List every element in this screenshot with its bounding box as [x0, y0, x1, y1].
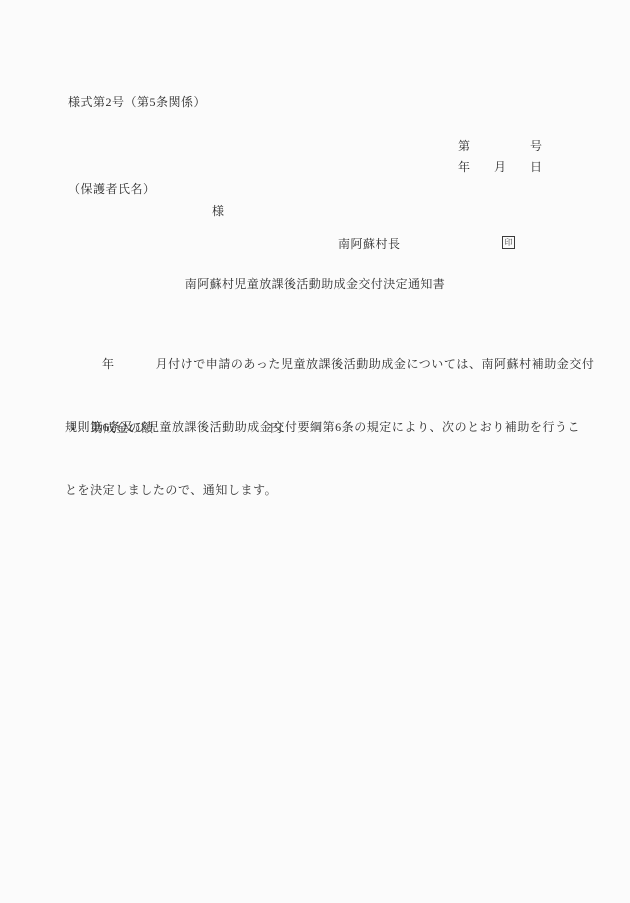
document-title: 南阿蘇村児童放課後活動助成金交付決定通知書	[0, 275, 630, 292]
guardian-name-label: （保護者氏名）	[68, 180, 156, 197]
body-line-1-text: 月付けで申請のあった児童放課後活動助成金については、南阿蘇村補助金交付	[156, 357, 595, 371]
seal-placeholder-icon: 印	[502, 236, 515, 249]
sender-title: 南阿蘇村長	[338, 235, 401, 252]
form-number-label: 様式第2号（第5条関係）	[68, 93, 206, 110]
doc-number-line: 第 号	[458, 137, 542, 154]
body-line-3: とを決定しましたので、通知します。	[65, 480, 573, 501]
document-page: 様式第2号（第5条関係） 第 号 年 月 日 （保護者氏名） 様 南阿蘇村長 印…	[0, 0, 630, 903]
item-1-number: 1	[70, 419, 76, 434]
body-year-label: 年	[102, 357, 115, 371]
body-line-1: 年月付けで申請のあった児童放課後活動助成金については、南阿蘇村補助金交付	[65, 354, 573, 375]
item-1-unit-label: 円	[270, 419, 282, 436]
doc-number-prefix: 第	[458, 137, 470, 154]
doc-number-suffix: 号	[530, 137, 542, 154]
item-1-label: 助成金の額	[91, 419, 154, 436]
date-line: 年 月 日	[458, 158, 542, 175]
item-1-line: 1 助成金の額 円	[0, 419, 630, 435]
addressee-honorific: 様	[212, 202, 224, 219]
date-year-label: 年	[458, 158, 470, 175]
date-month-label: 月	[494, 158, 506, 175]
date-day-label: 日	[530, 158, 542, 175]
